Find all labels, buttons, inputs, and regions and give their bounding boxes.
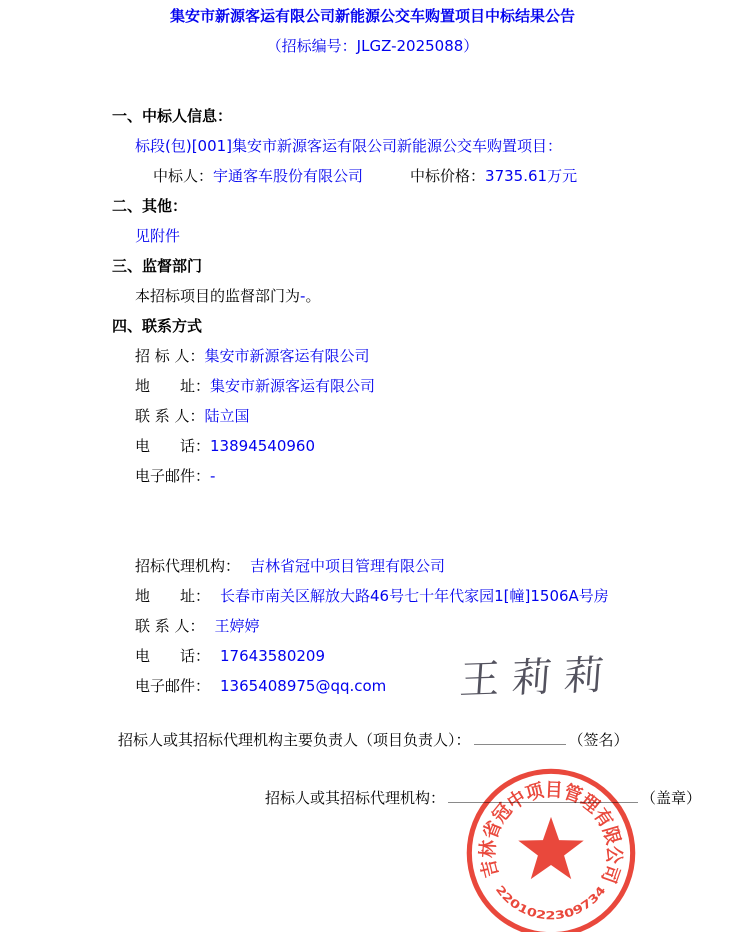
supervision-period: 。 <box>305 287 320 305</box>
winner-row: 中标人：宇通客车股份有限公司中标价格：3735.61万元 <box>0 161 745 191</box>
seal-line-label: 招标人或其招标代理机构： <box>265 789 445 807</box>
agency-name-value: 吉林省冠中项目管理有限公司 <box>250 557 445 575</box>
company-seal-stamp: 吉林省冠中项目管理有限公司 2201022309734 <box>465 767 637 932</box>
tenderer-phone-value: 13894540960 <box>210 437 315 455</box>
agency-row: 招标代理机构：吉林省冠中项目管理有限公司 <box>0 551 745 581</box>
price-label: 中标价格： <box>410 167 485 185</box>
agency-phone-value: 17643580209 <box>220 647 325 665</box>
supervision-text: 本招标项目的监督部门为 <box>135 287 300 305</box>
signature-line: 招标人或其招标代理机构主要负责人（项目负责人）：（签名） <box>118 729 629 750</box>
agency-address-value: 长春市南关区解放大路46号七十年代家园1[幢]1506A号房 <box>220 587 609 605</box>
tenderer-row: 招 标 人：集安市新源客运有限公司 <box>0 341 745 371</box>
agency-row: 地 址：长春市南关区解放大路46号七十年代家园1[幢]1506A号房 <box>0 581 745 611</box>
tenderer-row: 联 系 人：陆立国 <box>0 401 745 431</box>
section-gap <box>0 491 745 551</box>
agency-contact-label: 联 系 人： <box>135 611 205 641</box>
agency-email-label: 电子邮件： <box>135 671 210 701</box>
attachment-row: 见附件 <box>0 221 745 251</box>
agency-contact-value: 王婷婷 <box>215 617 260 635</box>
agency-phone-label: 电 话： <box>135 641 210 671</box>
signature-line-suffix: （签名） <box>569 731 629 749</box>
agency-name-label: 招标代理机构： <box>135 557 240 575</box>
winner-label: 中标人： <box>153 167 213 185</box>
signature-blank-line <box>474 730 566 745</box>
announcement-body: 一、中标人信息： 标段(包)[001]集安市新源客运有限公司新能源公交车购置项目… <box>0 101 745 701</box>
section-4-heading: 四、联系方式 <box>0 311 745 341</box>
tenderer-name-value: 集安市新源客运有限公司 <box>205 347 370 365</box>
agency-row: 联 系 人：王婷婷 <box>0 611 745 641</box>
tenderer-address-label: 地 址： <box>135 371 210 401</box>
tenderer-row: 电子邮件：- <box>0 461 745 491</box>
tenderer-address-value: 集安市新源客运有限公司 <box>210 377 375 395</box>
winner-name: 宇通客车股份有限公司 <box>213 167 363 185</box>
section-2-heading: 二、其他： <box>0 191 745 221</box>
tenderer-phone-label: 电 话： <box>135 431 210 461</box>
section-1-heading: 一、中标人信息： <box>0 101 745 131</box>
agency-row: 电子邮件：1365408975@qq.com <box>0 671 745 701</box>
package-line: 标段(包)[001]集安市新源客运有限公司新能源公交车购置项目： <box>0 131 745 161</box>
signature-line-label: 招标人或其招标代理机构主要负责人（项目负责人）： <box>118 731 471 749</box>
announcement-page: 集安市新源客运有限公司新能源公交车购置项目中标结果公告 （招标编号：JLGZ-2… <box>0 0 745 932</box>
bid-number: （招标编号：JLGZ-2025088） <box>0 36 745 56</box>
svg-text:2201022309734: 2201022309734 <box>493 883 609 922</box>
price-value: 3735.61万元 <box>485 167 577 185</box>
section-3-heading: 三、监督部门 <box>0 251 745 281</box>
tenderer-contact-value: 陆立国 <box>205 407 250 425</box>
handwritten-signature: 王莉莉 <box>458 643 618 706</box>
star-icon <box>518 817 583 879</box>
attachment-link[interactable]: 见附件 <box>135 227 180 245</box>
tenderer-name-label: 招 标 人： <box>135 341 205 371</box>
agency-address-label: 地 址： <box>135 581 210 611</box>
page-title: 集安市新源客运有限公司新能源公交车购置项目中标结果公告 <box>0 0 745 26</box>
agency-email-value: 1365408975@qq.com <box>220 677 386 695</box>
agency-row: 电 话：17643580209 <box>0 641 745 671</box>
tenderer-email-label: 电子邮件： <box>135 461 210 491</box>
tenderer-row: 电 话：13894540960 <box>0 431 745 461</box>
tenderer-row: 地 址：集安市新源客运有限公司 <box>0 371 745 401</box>
tenderer-contact-label: 联 系 人： <box>135 401 205 431</box>
supervision-row: 本招标项目的监督部门为-。 <box>0 281 745 311</box>
seal-line-suffix: （盖章） <box>641 789 701 807</box>
tenderer-email-value: - <box>210 467 215 485</box>
stamp-number-text: 2201022309734 <box>493 883 609 922</box>
